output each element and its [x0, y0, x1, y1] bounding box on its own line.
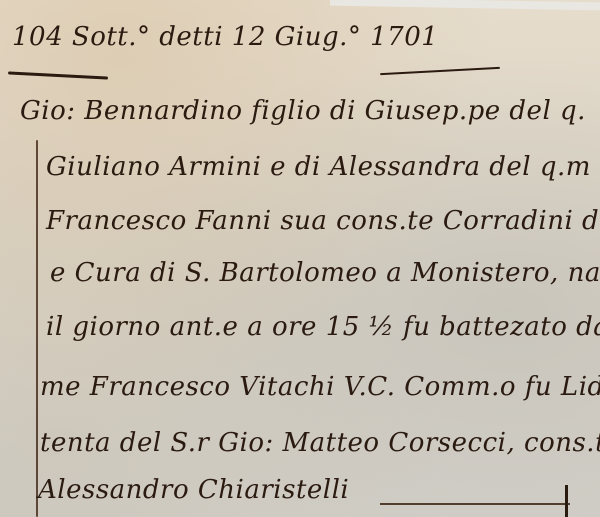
record-line-3: Francesco Fanni sua cons.te Corradini de…: [46, 206, 600, 236]
record-header: 104 Sott.° detti 12 Giug.° 1701: [12, 22, 438, 52]
document-page: 104 Sott.° detti 12 Giug.° 1701 Gio: Ben…: [0, 0, 600, 517]
record-line-7: tenta del S.r Gio: Matteo Corsecci, cons…: [40, 428, 600, 458]
header-flourish: [8, 71, 108, 79]
paper-edge: [330, 0, 600, 10]
year-underline: [380, 67, 500, 75]
record-line-1: Gio: Bennardino figlio di Giusep.pe del …: [20, 96, 586, 126]
record-line-8: Alessandro Chiaristelli: [38, 475, 349, 505]
record-line-4: e Cura di S. Bartolomeo a Monistero, nat…: [50, 258, 600, 288]
record-line-6: me Francesco Vitachi V.C. Comm.o fu Lida…: [40, 372, 600, 402]
closing-rule: [380, 503, 570, 505]
margin-rule: [36, 140, 38, 517]
record-line-2: Giuliano Armini e di Alessandra del q.m: [46, 152, 591, 182]
closing-mark: [565, 485, 568, 517]
record-line-5: il giorno ant.e a ore 15 ½ fu battezato …: [46, 312, 600, 342]
